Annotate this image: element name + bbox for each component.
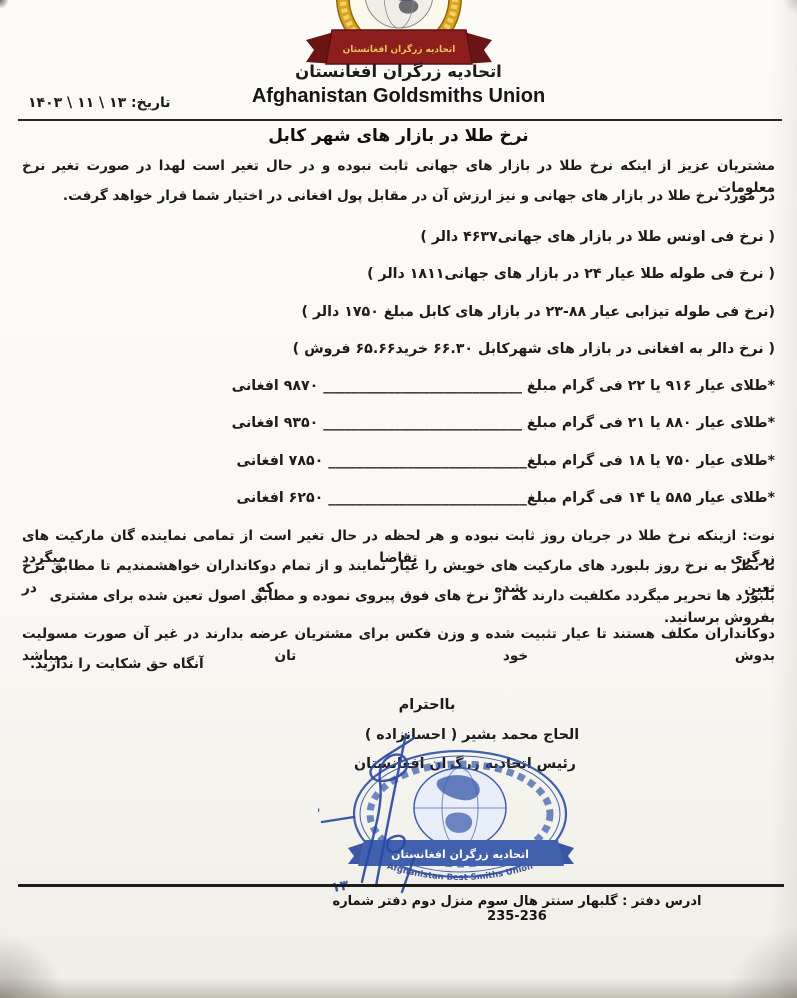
gold-price-row-916: *طلای عیار ۹۱۶ یا ۲۲ فی گرام مبلغ ______… (22, 378, 775, 394)
date-line: تاریخ: ۱۳ \ ۱۱ \ ۱۴۰۳ (28, 95, 230, 111)
obligation-line: آنگاه حق شکایت را ندارید. (30, 653, 775, 675)
gold-price-row-880: *طلای عیار ۸۸۰ یا ۲۱ فی گرام مبلغ ______… (22, 415, 775, 431)
page-title: نرخ طلا در بازار های شهر کابل (0, 126, 797, 146)
signature-ink-icon: ۱۴۰۳ ۱۳ (318, 722, 498, 898)
handwritten-signature: ۱۴۰۳ ۱۳ (318, 722, 498, 898)
footer-divider (18, 884, 784, 887)
rate-line-ounce: ( نرخ فی اونس طلا در بازار های جهانی۴۶۳۷… (22, 229, 775, 245)
org-name-farsi: اتحادیه زرگران افغانستان (0, 62, 797, 81)
header-divider (18, 119, 782, 121)
office-address: ادرس دفتر : گلبهار سنتر هال سوم منزل دوم… (317, 894, 717, 924)
logo-ribbon: اتحادیه زرگران افغانستان (306, 30, 492, 64)
rate-line-tola-acid: (نرخ فی طوله تیزابی عیار ۸۸-۲۳ در بازار … (22, 304, 775, 320)
signature-salutation: بااحترام (360, 697, 494, 713)
gold-price-row-750: *طلای عیار ۷۵۰ یا ۱۸ فی گرام مبلغ_______… (22, 453, 775, 469)
rate-line-dollar: ( نرخ دالر به افغانی در بازار های شهرکاب… (22, 341, 775, 357)
document-page: اتحادیه زرگران افغانستان اتحادیه زرگران … (0, 0, 797, 998)
gold-price-row-585: *طلای عیار ۵۸۵ یا ۱۴ فی گرام مبلغ_______… (22, 490, 775, 506)
intro-line: در مورد نرخ طلا در بازار های جهانی و نیز… (22, 185, 775, 207)
rate-line-tola-24k: ( نرخ فی طوله طلا عیار ۲۴ در بازار های ج… (22, 266, 775, 282)
logo-banner-text: اتحادیه زرگران افغانستان (342, 43, 455, 55)
handwritten-year: ۱۴۰۳ (318, 804, 322, 829)
